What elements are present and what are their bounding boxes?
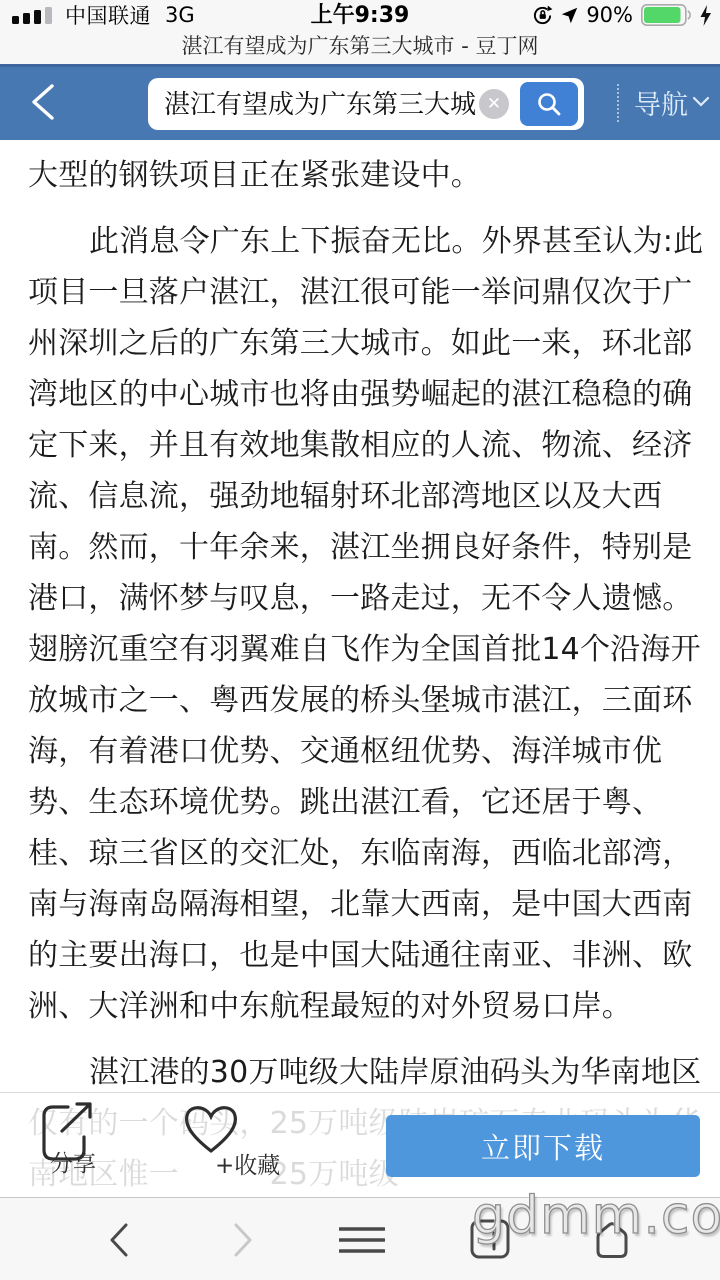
text-line: 翅膀沉重空有羽翼难自飞作为全国首批14个沿海开 [28,624,692,675]
clear-search-button[interactable]: ✕ [479,89,509,119]
menu-button[interactable] [334,1198,390,1280]
text-line: 流、信息流，强劲地辐射环北部湾地区以及大西 [28,471,692,522]
text-line: 此消息令广东上下振奋无比。外界甚至认为:此 [28,216,692,267]
site-watermark: gdmm.com [472,1186,720,1246]
text-line: 桂、琼三省区的交汇处，东临南海，西临北部湾， [28,828,692,879]
charging-bolt-icon [699,5,712,26]
text-line: 港口，满怀梦与叹息，一路走过，无不令人遗憾。 [28,573,692,624]
text-line: 定下来，并且有效地集散相应的人流、物流、经济 [28,420,692,471]
battery-percent-label: 90% [586,3,633,27]
forward-icon [230,1220,258,1260]
text-line: 湾地区的中心城市也将由强势崛起的湛江稳稳的确 [28,369,692,420]
search-query-text: 湛江有望成为广东第三大城 [164,78,476,130]
text-line: 的主要出海口，也是中国大陆通往南亚、非洲、欧 [28,930,692,981]
text-line: 大型的钢铁项目正在紧张建设中。 [28,150,692,201]
location-arrow-icon [561,7,578,24]
text-line: 项目一旦落户湛江，湛江很可能一举问鼎仅次于广 [28,267,692,318]
share-label: 分享 [50,1145,96,1178]
search-icon [535,90,563,118]
status-right: 90% [532,0,712,30]
status-bar-area: 中国联通 3G 上午9:39 90% 湛江有望成为广东第 [0,0,720,64]
back-button[interactable] [26,82,60,122]
text-line: 湛江港的30万吨级大陆岸原油码头为华南地区 [28,1047,692,1098]
paragraph: 大型的钢铁项目正在紧张建设中。 [28,150,692,201]
page-title: 湛江有望成为广东第三大城市 - 豆丁网 [0,30,720,64]
battery-icon [641,4,691,26]
text-line: 州深圳之后的广东第三大城市。如此一来，环北部 [28,318,692,369]
nav-divider [617,84,619,122]
text-line: 海，有着港口优势、交通枢纽优势、海洋城市优 [28,726,692,777]
history-forward-button[interactable] [216,1198,272,1280]
text-line: 南。然而，十年余来，湛江坐拥良好条件，特别是 [28,522,692,573]
share-button[interactable]: 分享 [36,1099,122,1191]
text-line: 南与海南岛隔海相望，北靠大西南，是中国大西南 [28,879,692,930]
menu-icon [339,1226,385,1254]
text-line: 放城市之一、粤西发展的桥头堡城市湛江，三面环 [28,675,692,726]
orientation-lock-icon [532,5,553,26]
back-icon [104,1220,132,1260]
nav-menu-label: 导航 [634,83,688,122]
browser-nav-bar: 湛江有望成为广东第三大城 ✕ 导航 [0,64,720,140]
text-line: 洲、大洋洲和中东航程最短的对外贸易口岸。 [28,981,692,1032]
chevron-down-icon [692,96,710,108]
search-button[interactable] [520,82,578,126]
paragraph: 此消息令广东上下振奋无比。外界甚至认为:此项目一旦落户湛江，湛江很可能一举问鼎仅… [28,216,692,1032]
nav-menu-button[interactable]: 导航 [634,64,710,140]
download-button[interactable]: 立即下载 [386,1115,700,1177]
history-back-button[interactable] [90,1198,146,1280]
text-line: 势、生态环境优势。跳出湛江看，它还居于粤、 [28,777,692,828]
bottom-toolbar: 分享 +收藏 立即下载 [0,1092,720,1197]
favorite-button[interactable]: +收藏 [178,1097,308,1191]
browser-screen: 中国联通 3G 上午9:39 90% 湛江有望成为广东第 [0,0,720,1280]
favorite-label: +收藏 [215,1147,280,1180]
search-input[interactable]: 湛江有望成为广东第三大城 ✕ [148,78,584,130]
